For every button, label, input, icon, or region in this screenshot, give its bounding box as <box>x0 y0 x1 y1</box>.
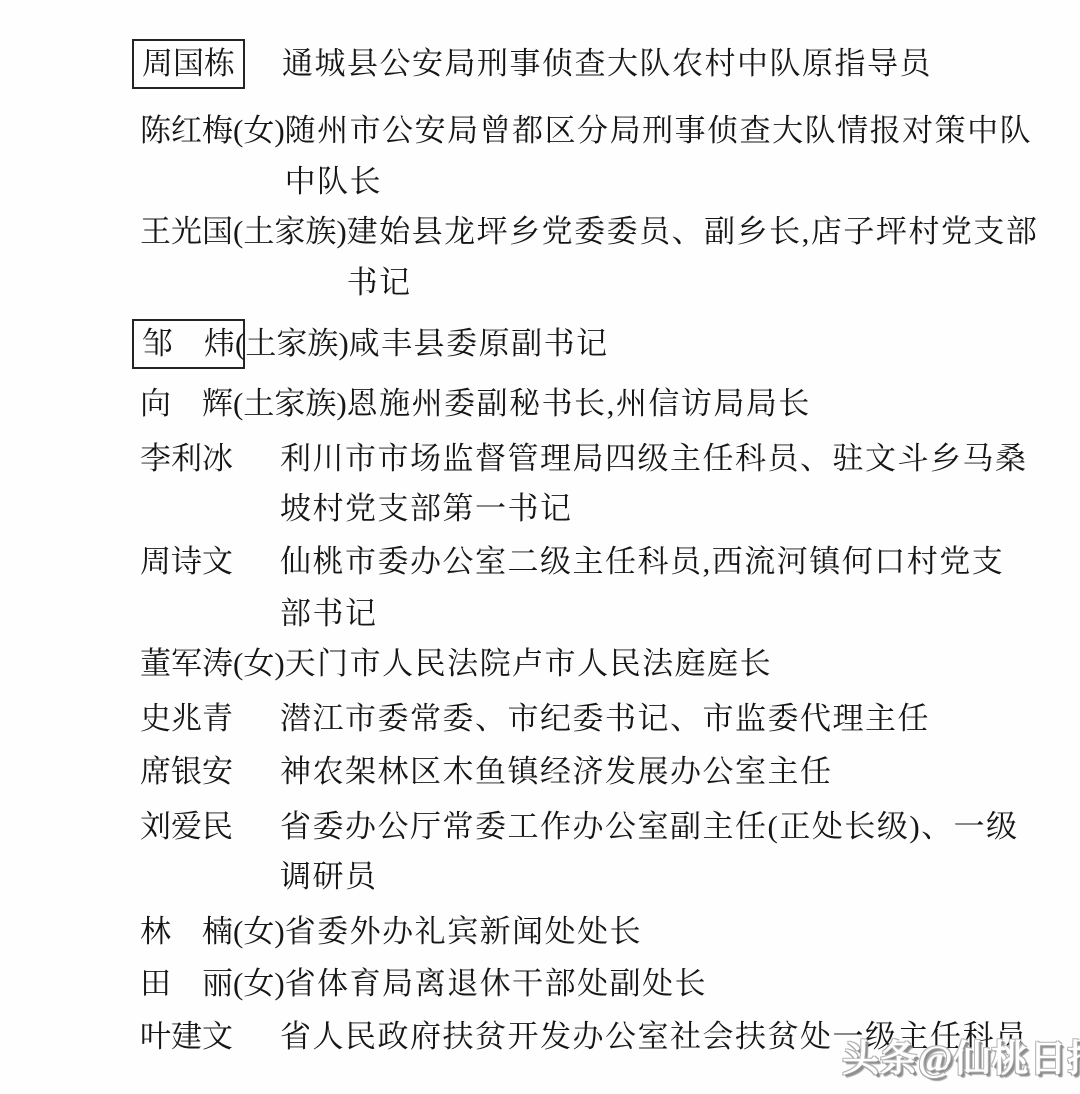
entry-line: 席银安神农架林区木鱼镇经济发展办公室主任 <box>140 753 833 791</box>
gender-ethnicity-label: (女) <box>233 965 285 1003</box>
honoree-name: 董军涛 <box>140 645 233 683</box>
position-description: 坡村党支部第一书记 <box>280 490 573 528</box>
position-description: 利川市市场监督管理局四级主任科员、驻文斗乡马桑 <box>280 440 1028 478</box>
honoree-name: 林 楠 <box>140 913 233 951</box>
position-description: 神农架林区木鱼镇经济发展办公室主任 <box>280 753 833 791</box>
entry-line: 史兆青潜江市委常委、市纪委书记、市监委代理主任 <box>140 700 930 738</box>
entry-line: 董军涛(女)天门市人民法院卢市人民法庭庭长 <box>140 645 772 683</box>
entry-continuation-line: 刘爱民调研员 <box>140 858 378 896</box>
gender-ethnicity-label: (女) <box>233 645 285 683</box>
position-description: 书记 <box>347 264 412 302</box>
entry-line: 李利冰利川市市场监督管理局四级主任科员、驻文斗乡马桑 <box>140 440 1028 478</box>
honoree-name: 陈红梅 <box>140 112 233 150</box>
entry-line: 田 丽(女)省体育局离退休干部处副处长 <box>140 965 707 1003</box>
honoree-name: 周国栋 <box>142 45 235 83</box>
entry-continuation-line: 陈红梅(女)中队长 <box>140 163 382 201</box>
entry-line: 林 楠(女)省委外办礼宾新闻处处长 <box>140 913 642 951</box>
position-description: 仙桃市委办公室二级主任科员,西流河镇何口村党支 <box>280 543 1004 581</box>
entry-continuation-line: 王光国(土家族)书记 <box>140 264 412 302</box>
gender-ethnicity-label: (土家族) <box>233 385 347 423</box>
position-description: 随州市公安局曾都区分局刑事侦查大队情报对策中队 <box>285 112 1033 150</box>
position-description: 咸丰县委原副书记 <box>349 325 609 363</box>
position-description: 部书记 <box>280 595 378 633</box>
position-description: 中队长 <box>285 163 383 201</box>
entry-continuation-line: 李利冰坡村党支部第一书记 <box>140 490 573 528</box>
honoree-name: 李利冰 <box>140 440 233 478</box>
position-description: 恩施州委副秘书长,州信访局局长 <box>347 385 811 423</box>
entry-line: 陈红梅(女)随州市公安局曾都区分局刑事侦查大队情报对策中队 <box>140 112 1032 150</box>
honoree-name: 席银安 <box>140 753 233 791</box>
position-description: 省委办公厅常委工作办公室副主任(正处长级)、一级 <box>280 808 1019 846</box>
gender-ethnicity-label: (土家族) <box>235 325 349 363</box>
entry-line: 刘爱民省委办公厅常委工作办公室副主任(正处长级)、一级 <box>140 808 1019 846</box>
position-description: 省体育局离退休干部处副处长 <box>285 965 708 1003</box>
gender-ethnicity-label: (土家族) <box>233 213 347 251</box>
position-description: 调研员 <box>280 858 378 896</box>
position-description: 潜江市委常委、市纪委书记、市监委代理主任 <box>280 700 930 738</box>
memorial-name-box: 邹 炜 <box>132 319 245 369</box>
entry-line: 向 辉(土家族)恩施州委副秘书长,州信访局局长 <box>140 385 811 423</box>
entry-line: 邹 炜(土家族)咸丰县委原副书记 <box>140 325 609 363</box>
entry-line: 周诗文仙桃市委办公室二级主任科员,西流河镇何口村党支 <box>140 543 1004 581</box>
document-page: 周国栋通城县公安局刑事侦查大队农村中队原指导员陈红梅(女)随州市公安局曾都区分局… <box>0 0 1080 1094</box>
position-description: 通城县公安局刑事侦查大队农村中队原指导员 <box>282 45 932 83</box>
entry-line: 王光国(土家族)建始县龙坪乡党委委员、副乡长,店子坪村党支部 <box>140 213 1038 251</box>
memorial-name-box: 周国栋 <box>132 39 245 89</box>
honoree-name: 向 辉 <box>140 385 233 423</box>
honoree-name: 刘爱民 <box>140 808 233 846</box>
gender-ethnicity-label: (女) <box>233 913 285 951</box>
gender-ethnicity-label: (女) <box>233 112 285 150</box>
position-description: 省委外办礼宾新闻处处长 <box>285 913 643 951</box>
honoree-name: 邹 炜 <box>142 325 235 363</box>
entry-line: 周国栋通城县公安局刑事侦查大队农村中队原指导员 <box>140 45 932 83</box>
position-description: 天门市人民法院卢市人民法庭庭长 <box>285 645 773 683</box>
honoree-name: 叶建文 <box>140 1018 233 1056</box>
position-description: 建始县龙坪乡党委委员、副乡长,店子坪村党支部 <box>347 213 1039 251</box>
entry-continuation-line: 周诗文部书记 <box>140 595 378 633</box>
honoree-name: 王光国 <box>140 213 233 251</box>
honoree-name: 史兆青 <box>140 700 233 738</box>
honoree-name: 周诗文 <box>140 543 233 581</box>
news-source-watermark: 头条@仙桃日报 <box>842 1028 1080 1082</box>
honoree-name: 田 丽 <box>140 965 233 1003</box>
